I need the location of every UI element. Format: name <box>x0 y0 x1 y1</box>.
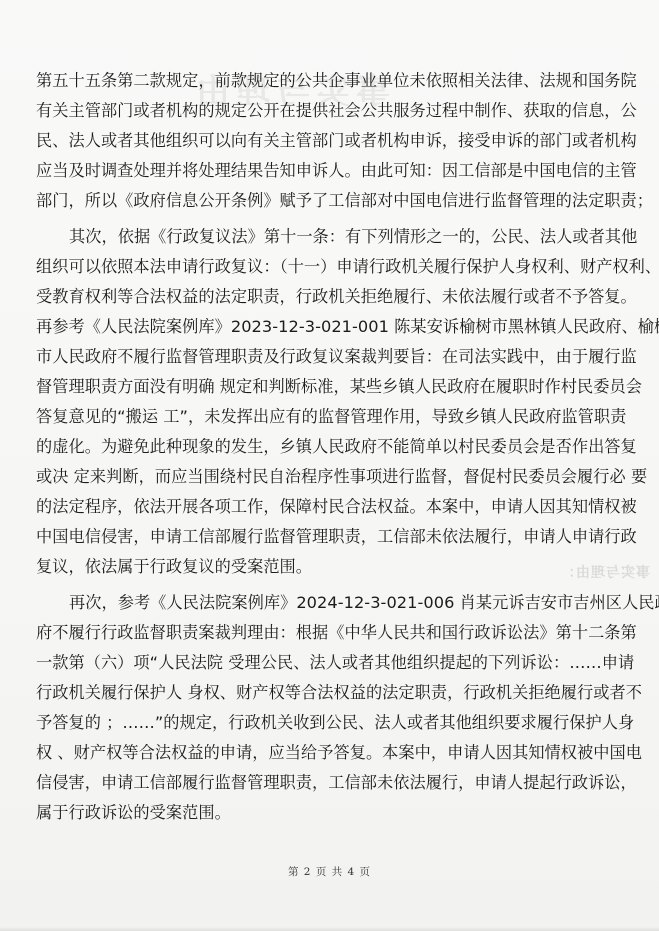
paragraph-2: 其次，依据《行政复议法》第十一条：有下列情形之一的，公民、法人或者其他 组织可以… <box>36 222 626 582</box>
document-page: 事实与理由 事实与理由： 第五十五条第二款规定，前款规定的公共企事业单位未依照相… <box>0 0 659 931</box>
text-line: 的虚化。为避免此种现象的发生，乡镇人民政府不能简单以村民委员会是否作出答复 <box>36 432 626 462</box>
text-line: 再参考《人民法院案例库》2023-12-3-021-001 陈某安诉榆树市黑林镇… <box>36 312 626 342</box>
paragraph-1: 第五十五条第二款规定，前款规定的公共企事业单位未依照相关法律、法规和国务院 有关… <box>36 66 626 216</box>
text-line: 予答复的 ；……”的规定，行政机关收到公民、法人或者其他组织要求履行保护人身 <box>36 708 626 738</box>
text-line: 信侵害，申请工信部履行监督管理职责，工信部未依法履行，申请人提起行政诉讼， <box>36 768 626 798</box>
text-line: 或决 定来判断，而应当围绕村民自治程序性事项进行监督，督促村民委员会履行必 要 <box>36 462 626 492</box>
text-line: 有关主管部门或者机构的规定公开在提供社会公共服务过程中制作、获取的信息，公 <box>36 96 626 126</box>
text-line: 权 、财产权等合法权益的申请，应当给予答复。本案中，申请人因其知情权被中国电 <box>36 738 626 768</box>
text-line: 的法定程序，依法开展各项工作，保障村民合法权益。本案中，申请人因其知情权被 <box>36 492 626 522</box>
text-line: 第五十五条第二款规定，前款规定的公共企事业单位未依照相关法律、法规和国务院 <box>36 66 626 96</box>
text-line: 部门，所以《政府信息公开条例》赋予了工信部对中国电信进行监督管理的法定职责； <box>36 186 626 216</box>
text-line: 一款第（六）项“人民法院 受理公民、法人或者其他组织提起的下列诉讼：……申请 <box>36 648 626 678</box>
page-number: 第 2 页 共 4 页 <box>0 864 659 879</box>
text-line: 组织可以依照本法申请行政复议：（十一）申请行政机关履行保护人身权利、财产权利、 <box>36 252 626 282</box>
text-line: 应当及时调查处理并将处理结果告知申诉人。由此可知：因工信部是中国电信的主管 <box>36 156 626 186</box>
text-line: 其次，依据《行政复议法》第十一条：有下列情形之一的，公民、法人或者其他 <box>36 222 626 252</box>
text-line: 再次，参考《人民法院案例库》2024-12-3-021-006 肖某元诉吉安市吉… <box>36 588 626 618</box>
text-line: 府不履行行政监督职责案裁判理由：根据《中华人民共和国行政诉讼法》第十二条第 <box>36 618 626 648</box>
text-line: 复议，依法属于行政复议的受案范围。 <box>36 552 626 582</box>
text-line: 市人民政府不履行监督管理职责及行政复议案裁判要旨：在司法实践中，由于履行监 <box>36 342 626 372</box>
text-line: 民、法人或者其他组织可以向有关主管部门或者机构申诉，接受申诉的部门或者机构 <box>36 126 626 156</box>
text-line: 答复意见的“搬运 工”，未发挥出应有的监督管理作用，导致乡镇人民政府监管职责 <box>36 402 626 432</box>
document-body: 第五十五条第二款规定，前款规定的公共企事业单位未依照相关法律、法规和国务院 有关… <box>36 66 626 828</box>
page-edge <box>0 927 659 931</box>
text-line: 中国电信侵害，申请工信部履行监督管理职责，工信部未依法履行，申请人申请行政 <box>36 522 626 552</box>
text-line: 属于行政诉讼的受案范围。 <box>36 798 626 828</box>
paragraph-3: 再次，参考《人民法院案例库》2024-12-3-021-006 肖某元诉吉安市吉… <box>36 588 626 828</box>
text-line: 督管理职责方面没有明确 规定和判断标准，某些乡镇人民政府在履职时作村民委员会 <box>36 372 626 402</box>
text-line: 行政机关履行保护人 身权、财产权等合法权益的法定职责，行政机关拒绝履行或者不 <box>36 678 626 708</box>
text-line: 受教育权利等合法权益的法定职责，行政机关拒绝履行、未依法履行或者不予答复。 <box>36 282 626 312</box>
